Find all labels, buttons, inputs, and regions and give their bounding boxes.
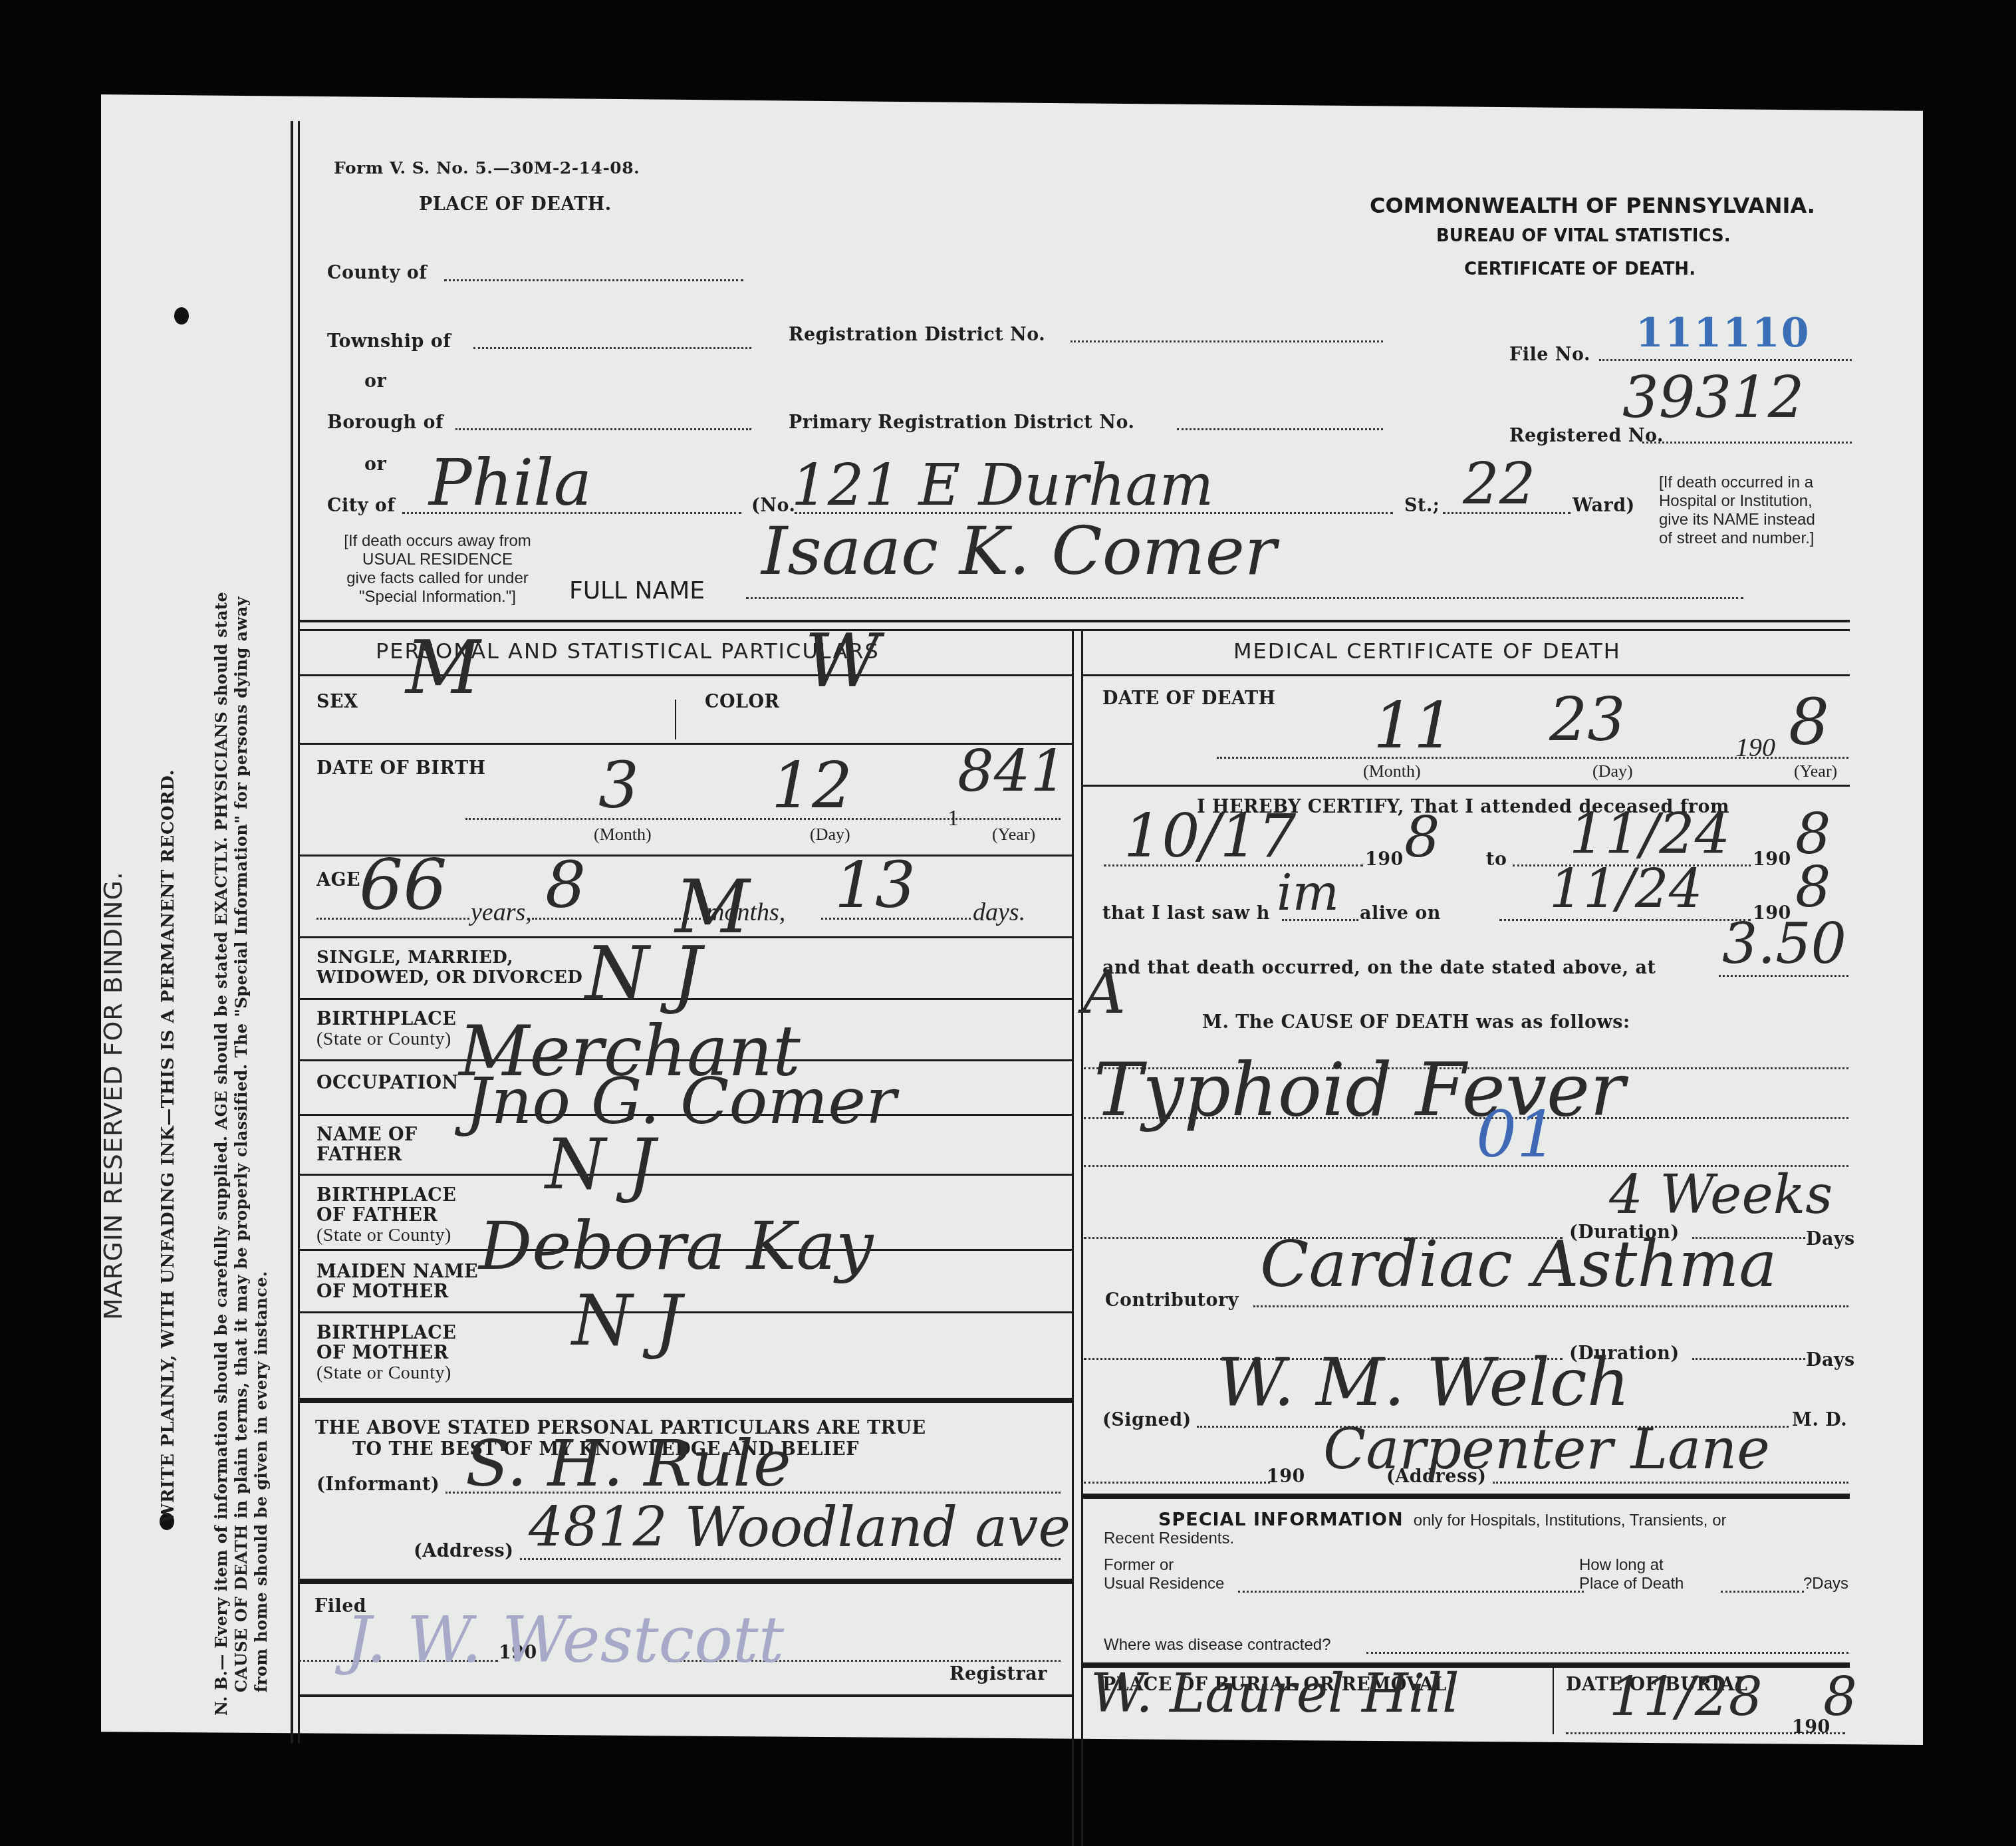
medical-heading: MEDICAL CERTIFICATE OF DEATH <box>1233 638 1621 664</box>
mother-birthplace-sub-label: (State or County) <box>316 1363 456 1383</box>
death-occurred-text: and that death occurred, on the date sta… <box>1102 958 1656 978</box>
contributory-field[interactable] <box>1253 1305 1848 1307</box>
sex-label: SEX <box>316 692 358 712</box>
burial-divider <box>1553 1668 1554 1734</box>
mother-birthplace-line2: OF MOTHER <box>316 1343 456 1363</box>
cause-line-2[interactable] <box>1084 1117 1848 1119</box>
mother-label-line1: MAIDEN NAME <box>316 1262 478 1282</box>
cause-text: M. The CAUSE OF DEATH was as follows: <box>1202 1012 1630 1033</box>
hospital-note-line2: Hospital or Institution, <box>1659 492 1815 511</box>
how-long-days: ?Days <box>1803 1575 1848 1593</box>
informant-label: (Informant) <box>316 1474 440 1495</box>
father-label: NAME OF FATHER <box>316 1125 418 1165</box>
form-left-border-inner <box>298 121 300 1744</box>
signed-year-prefix: 190 <box>1267 1466 1305 1487</box>
how-long-label-line1: How long at <box>1579 1556 1684 1575</box>
away-note-line3: give facts called for under <box>324 569 551 588</box>
mother-birthplace-value[interactable]: N J <box>572 1280 682 1361</box>
or-label-1: or <box>364 371 386 392</box>
burial-year-value[interactable]: 8 <box>1823 1666 1857 1728</box>
father-birthplace-line1: BIRTHPLACE <box>316 1186 456 1206</box>
last-saw-year-value[interactable]: 8 <box>1795 855 1830 920</box>
physician-signature[interactable]: W. M. Welch <box>1217 1343 1630 1421</box>
last-saw-pronoun-value[interactable]: im <box>1277 864 1339 922</box>
father-birthplace-line2: OF FATHER <box>316 1206 456 1226</box>
away-note-line2: USUAL RESIDENCE <box>324 551 551 569</box>
informant-address-value[interactable]: 4812 Woodland ave <box>529 1496 1071 1559</box>
attended-from-year-prefix: 190 <box>1365 849 1404 870</box>
place-of-death-heading: PLACE OF DEATH. <box>419 194 612 215</box>
ward-label: Ward) <box>1573 495 1635 516</box>
left-bottom-line <box>299 1694 1072 1697</box>
dod-year-caption: (Year) <box>1794 761 1837 781</box>
registrar-label: Registrar <box>949 1664 1047 1684</box>
hospital-note-line3: give its NAME instead <box>1659 511 1815 529</box>
city-label: City of <box>327 495 395 516</box>
dob-year-value[interactable]: 841 <box>957 738 1067 805</box>
header-divider-2 <box>299 629 1850 631</box>
file-no-field[interactable] <box>1599 359 1852 361</box>
father-birthplace-label: BIRTHPLACE OF FATHER (State or County) <box>316 1186 456 1246</box>
days-word: days. <box>973 898 1025 927</box>
md-label: M. D. <box>1792 1410 1847 1430</box>
dob-field[interactable] <box>465 818 1061 820</box>
dob-year-caption: (Year) <box>992 825 1035 845</box>
agency-line3: CERTIFICATE OF DEATH. <box>1464 259 1696 279</box>
full-name-label: FULL NAME <box>569 577 705 604</box>
marital-label: SINGLE, MARRIED, WIDOWED, OR DIVORCED <box>316 948 582 988</box>
dod-day-value[interactable]: 23 <box>1549 685 1626 755</box>
how-long-label-line2: Place of Death <box>1579 1575 1684 1593</box>
dod-day-caption: (Day) <box>1592 761 1633 781</box>
sex-color-divider <box>675 700 676 739</box>
column-divider-left <box>1072 630 1074 1846</box>
signed-date-field[interactable] <box>1084 1482 1270 1484</box>
occupation-label: OCCUPATION <box>316 1073 459 1093</box>
informant-address-label: (Address) <box>414 1541 514 1561</box>
dob-year-prefix: 1 <box>947 806 959 831</box>
attended-to-value[interactable]: 11/24 <box>1569 801 1730 866</box>
signed-label: (Signed) <box>1102 1410 1192 1430</box>
sex-value[interactable]: M <box>406 625 481 710</box>
contributory-duration-field[interactable] <box>1692 1358 1805 1360</box>
county-field[interactable] <box>444 279 743 281</box>
special-heading-row: SPECIAL INFORMATION only for Hospitals, … <box>1158 1510 1727 1530</box>
form-number: Form V. S. No. 5.—30M-2-14-08. <box>334 158 640 178</box>
last-saw-date-value[interactable]: 11/24 <box>1549 858 1703 920</box>
away-note-line1: [If death occurs away from <box>324 532 551 551</box>
cause-duration-value[interactable]: 4 Weeks <box>1609 1164 1832 1226</box>
header-divider-1 <box>299 620 1850 622</box>
file-no-stamp: 111110 <box>1636 310 1811 356</box>
years-word: years, <box>471 898 532 927</box>
physician-address-value[interactable]: Carpenter Lane <box>1323 1416 1770 1482</box>
age-days-value[interactable]: 13 <box>834 848 916 922</box>
age-label: AGE <box>316 870 360 890</box>
township-field[interactable] <box>473 347 751 349</box>
former-residence-label: Former or Usual Residence <box>1104 1556 1224 1593</box>
dod-month-caption: (Month) <box>1363 761 1421 781</box>
registered-no-field[interactable] <box>1642 442 1852 444</box>
father-birthplace-sub-label: (State or County) <box>316 1226 456 1246</box>
personal-row-line-7 <box>299 1174 1072 1176</box>
birthplace-label: BIRTHPLACE (State or County) <box>316 1009 456 1049</box>
dod-label: DATE OF DEATH <box>1102 688 1276 709</box>
cause-code-pencil: 01 <box>1476 1097 1557 1172</box>
birthplace-value[interactable]: N J <box>585 931 701 1016</box>
street-name-value: E Durham <box>919 452 1214 519</box>
cause-days-label: Days <box>1806 1229 1855 1250</box>
attended-to-year-prefix: 190 <box>1753 849 1791 870</box>
personal-thick-line <box>299 1398 1072 1403</box>
street-label: St.; <box>1404 495 1440 516</box>
margin-nb-line1: N. B.— Every item of information should … <box>211 592 231 1716</box>
binding-hole-top <box>174 307 189 325</box>
registration-district-label: Registration District No. <box>789 325 1045 345</box>
street-number-value: 121 <box>791 452 900 519</box>
how-long-label: How long at Place of Death <box>1579 1556 1684 1593</box>
contracted-label: Where was disease contracted? <box>1104 1636 1331 1654</box>
dob-month-caption: (Month) <box>594 825 652 845</box>
contributory-days-label: Days <box>1806 1350 1855 1371</box>
physician-address-field[interactable] <box>1493 1482 1848 1484</box>
hospital-note-line4: of street and number.] <box>1659 529 1815 548</box>
away-note-line4: "Special Information."] <box>324 588 551 606</box>
dob-label: DATE OF BIRTH <box>316 758 486 779</box>
personal-row-line-1 <box>299 743 1072 745</box>
special-heading-rest: only for Hospitals, Institutions, Transi… <box>1414 1512 1727 1529</box>
street-value[interactable]: 121 E Durham <box>791 452 1213 519</box>
to-word: to <box>1486 849 1507 870</box>
father-label-line2: FATHER <box>316 1145 418 1165</box>
father-birthplace-value[interactable]: N J <box>545 1124 656 1205</box>
dob-day-value[interactable]: 12 <box>771 748 852 823</box>
marital-label-line1: SINGLE, MARRIED, <box>316 948 582 968</box>
color-value[interactable]: W <box>805 618 880 704</box>
away-from-residence-note: [If death occurs away from USUAL RESIDEN… <box>324 532 551 606</box>
dod-year-prefix: 190 <box>1735 731 1775 763</box>
registered-no-value[interactable]: 39312 <box>1622 364 1805 431</box>
borough-field[interactable] <box>455 428 751 430</box>
mother-value[interactable]: Debora Kay <box>479 1207 874 1285</box>
medical-row-line-1 <box>1083 785 1850 787</box>
age-months-value[interactable]: 8 <box>545 848 586 922</box>
last-saw-text: that I last saw h <box>1102 903 1270 924</box>
margin-write-plainly: WRITE PLAINLY, WITH UNFADING INK—THIS IS… <box>158 769 178 1523</box>
former-residence-label-line1: Former or <box>1104 1556 1224 1575</box>
margin-binding-note: MARGIN RESERVED FOR BINDING. <box>98 871 128 1320</box>
dob-day-caption: (Day) <box>810 825 850 845</box>
birthplace-sub-label: (State or County) <box>316 1029 456 1049</box>
primary-registration-district-label: Primary Registration District No. <box>789 412 1134 433</box>
hospital-note: [If death occurred in a Hospital or Inst… <box>1659 473 1815 548</box>
attended-from-year-value[interactable]: 8 <box>1404 805 1440 870</box>
registrar-signature: J. W. Westcott <box>346 1603 784 1677</box>
dod-month-value[interactable]: 11 <box>1373 688 1454 763</box>
township-label: Township of <box>327 331 451 352</box>
margin-nb-line3: from home should be given in every insta… <box>251 1271 271 1692</box>
dod-year-value[interactable]: 8 <box>1789 685 1829 759</box>
alive-on-text: alive on <box>1360 903 1441 924</box>
city-value[interactable]: Phila <box>429 446 592 520</box>
contributory-label: Contributory <box>1105 1290 1239 1311</box>
attended-from-value[interactable]: 10/17 <box>1124 801 1296 871</box>
color-label: COLOR <box>705 692 779 712</box>
informant-value[interactable]: S. H. Rule <box>465 1426 791 1501</box>
hospital-note-line1: [If death occurred in a <box>1659 473 1815 492</box>
file-no-label: File No. <box>1509 344 1590 365</box>
meridian-value[interactable]: A <box>1082 958 1126 1027</box>
age-years-value[interactable]: 66 <box>359 845 447 926</box>
birthplace-label-line1: BIRTHPLACE <box>316 1009 456 1029</box>
mother-label: MAIDEN NAME OF MOTHER <box>316 1262 478 1302</box>
agency-line2: BUREAU OF VITAL STATISTICS. <box>1436 226 1731 246</box>
burial-place-value[interactable]: W. Laurel Hill <box>1090 1662 1459 1724</box>
ward-value[interactable]: 22 <box>1463 451 1535 517</box>
father-label-line1: NAME OF <box>316 1125 418 1145</box>
how-long-field[interactable] <box>1721 1591 1804 1593</box>
margin-nb-line2: CAUSE OF DEATH in plain terms, that it m… <box>231 596 251 1692</box>
mother-birthplace-line1: BIRTHPLACE <box>316 1323 456 1343</box>
former-residence-field[interactable] <box>1238 1591 1584 1593</box>
borough-label: Borough of <box>327 412 443 433</box>
dob-month-value[interactable]: 3 <box>598 748 639 823</box>
personal-row-line-9 <box>299 1311 1072 1313</box>
special-heading: SPECIAL INFORMATION <box>1158 1510 1404 1530</box>
special-heading-line2: Recent Residents. <box>1104 1529 1234 1548</box>
father-value[interactable]: Jno G. Comer <box>465 1064 896 1138</box>
medical-row-line-0 <box>1083 674 1850 676</box>
full-name-value[interactable]: Isaac K. Comer <box>761 512 1277 590</box>
county-label: County of <box>327 263 427 283</box>
burial-date-value[interactable]: 11/28 <box>1609 1666 1763 1728</box>
mother-birthplace-label: BIRTHPLACE OF MOTHER (State or County) <box>316 1323 456 1383</box>
primary-registration-district-field[interactable] <box>1177 428 1383 430</box>
marital-label-line2: WIDOWED, OR DIVORCED <box>316 968 582 988</box>
full-name-field[interactable] <box>746 597 1743 599</box>
special-thick-line <box>1083 1494 1850 1499</box>
or-label-2: or <box>364 454 386 475</box>
mother-label-line2: OF MOTHER <box>316 1282 478 1302</box>
form-left-border-outer <box>291 121 293 1744</box>
former-residence-label-line2: Usual Residence <box>1104 1575 1224 1593</box>
filed-thick-line <box>299 1579 1072 1584</box>
contracted-field[interactable] <box>1366 1652 1848 1654</box>
agency-line1: COMMONWEALTH OF PENNSYLVANIA. <box>1370 193 1815 218</box>
registration-district-field[interactable] <box>1071 340 1383 342</box>
death-time-value[interactable]: 3.50 <box>1722 911 1846 976</box>
contributory-value[interactable]: Cardiac Asthma <box>1260 1227 1777 1301</box>
